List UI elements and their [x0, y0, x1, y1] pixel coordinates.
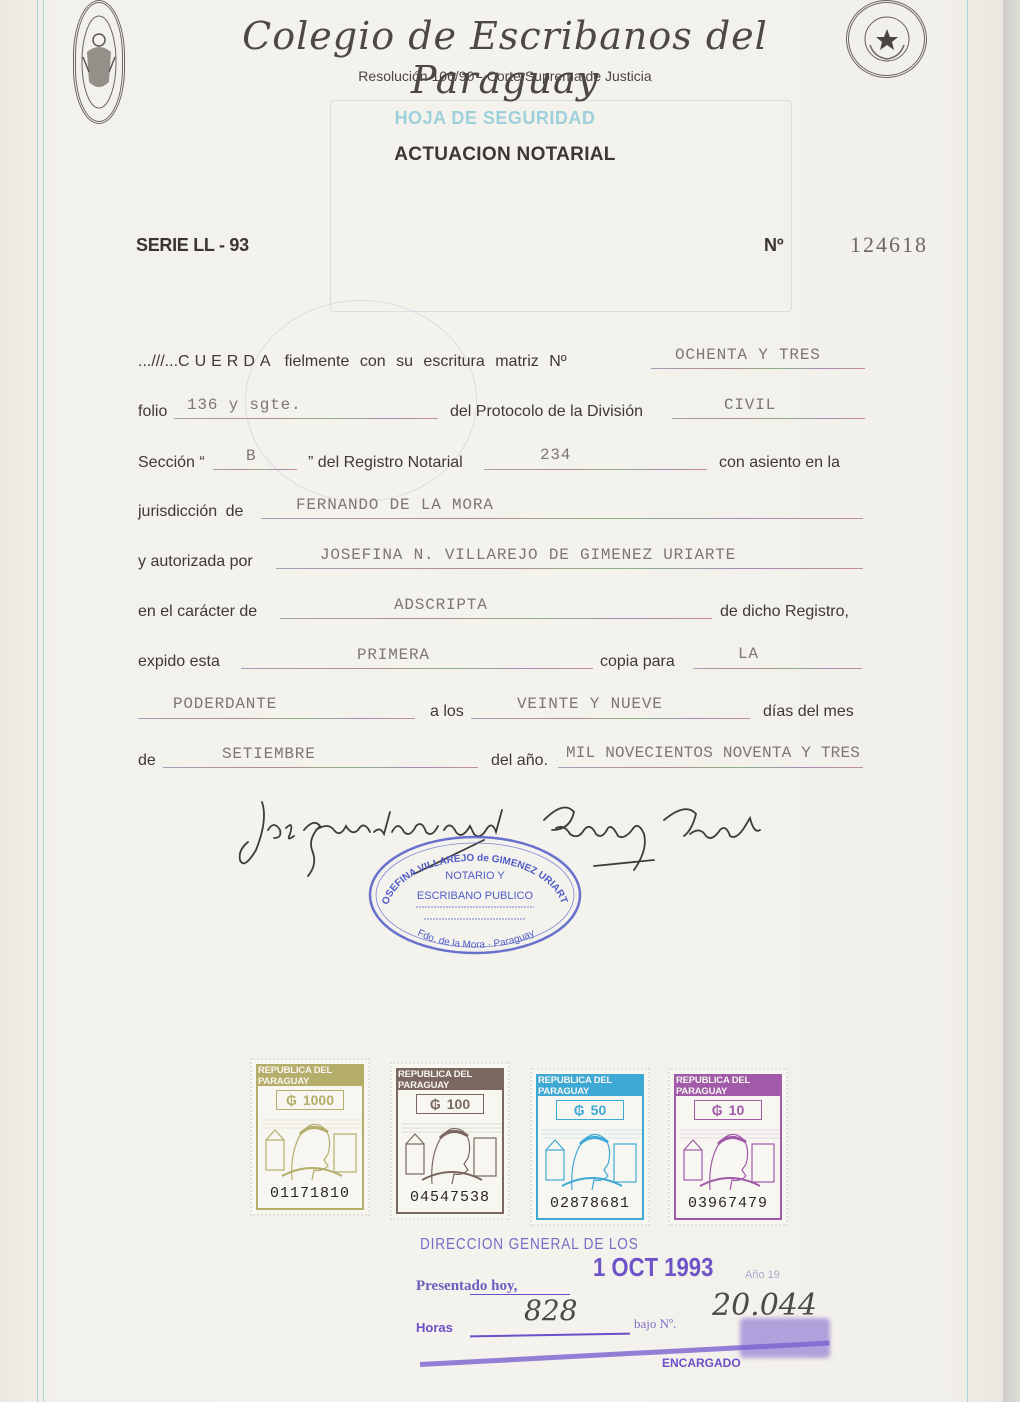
stamp-denomination: ₲50 [556, 1100, 624, 1120]
margin-line-left-outer [37, 0, 38, 1402]
underline [280, 618, 712, 619]
copia-number-value: PRIMERA [357, 646, 430, 664]
underline [484, 469, 707, 470]
stamp-country: REPUBLICA DEL PARAGUAY [676, 1075, 780, 1097]
guarani-icon: ₲ [712, 1102, 723, 1118]
underline [241, 668, 593, 669]
day-value: VEINTE Y NUEVE [517, 695, 663, 713]
bajo-label: bajo Nº. [634, 1316, 676, 1332]
background-faint-stamp [330, 100, 792, 312]
stamp-country: REPUBLICA DEL PARAGUAY [538, 1075, 642, 1097]
registro-suffix-label: de dicho Registro, [720, 603, 849, 621]
sheet-number: 124618 [850, 232, 928, 258]
division-value: CIVIL [724, 396, 776, 414]
stamp-portrait-icon [680, 1120, 780, 1190]
underline [693, 668, 862, 669]
recipient-value: PODERDANTE [173, 695, 277, 713]
stamp-value: 10 [729, 1102, 745, 1118]
a-los-label: a los [430, 703, 464, 721]
republica-seal-icon [846, 0, 927, 78]
line1-text: fielmente con su escritura matriz Nº [284, 353, 566, 370]
dias-del-mes-label: días del mes [763, 703, 854, 721]
month-value: SETIEMBRE [222, 745, 316, 763]
prefix-marks: ...///... [138, 353, 178, 370]
seccion-value: B [246, 447, 256, 465]
underline [651, 368, 865, 369]
copia-para-label: copia para [600, 653, 675, 671]
expido-label: expido esta [138, 653, 220, 671]
stamp-portrait-icon [402, 1114, 502, 1184]
cuerda-word: CUERDA [178, 353, 276, 370]
copia-para-value: LA [738, 645, 759, 663]
guarani-icon: ₲ [430, 1096, 441, 1112]
svg-text:NOTARIO Y: NOTARIO Y [445, 870, 505, 882]
resolution-subtitle: Resolución 106/90 - Corte Suprema de Jus… [200, 68, 810, 84]
presentado-label: Presentado hoy, [416, 1278, 517, 1295]
encargado-label: ENCARGADO [662, 1356, 741, 1370]
caracter-value: ADSCRIPTA [394, 596, 488, 614]
underline [261, 518, 863, 519]
stamp-denomination: ₲100 [416, 1094, 484, 1114]
document-type-heading: ACTUACION NOTARIAL [340, 144, 670, 166]
del-ano-label: del año. [491, 752, 548, 770]
registro-label: ” del Registro Notarial [308, 454, 463, 472]
stamp-portrait-icon [542, 1120, 642, 1190]
revenue-stamp: REPUBLICA DEL PARAGUAY₲10004547538 [390, 1062, 510, 1220]
stamp-value: 100 [447, 1096, 470, 1112]
form-line-1: ...///...CUERDA fielmente con su escritu… [138, 353, 567, 371]
escritura-number-value: OCHENTA Y TRES [675, 346, 821, 364]
registration-date: 1 OCT 1993 [593, 1252, 713, 1283]
protocolo-label: del Protocolo de la División [450, 403, 643, 421]
stamp-value: 50 [591, 1102, 607, 1118]
jurisdiccion-label: jurisdicción de [138, 503, 243, 521]
stamp-country: REPUBLICA DEL PARAGUAY [258, 1065, 362, 1087]
stamp-serial-number: 03967479 [676, 1195, 780, 1212]
guarani-icon: ₲ [574, 1102, 585, 1118]
underline [558, 767, 863, 768]
stamp-value: 1000 [303, 1092, 334, 1108]
underline [163, 767, 478, 768]
jurisdiccion-value: FERNANDO DE LA MORA [296, 496, 494, 514]
security-sheet-label: HOJA DE SEGURIDAD [340, 108, 650, 129]
page-edge [1003, 0, 1020, 1402]
seccion-label: Sección “ [138, 454, 205, 472]
notary-ink-stamp: JOSEFINA VILLAREJO de GIMENEZ URIARTE NO… [366, 833, 584, 957]
stamp-country: REPUBLICA DEL PARAGUAY [398, 1069, 502, 1091]
stamp-denomination: ₲1000 [276, 1090, 344, 1110]
asiento-label: con asiento en la [719, 454, 840, 472]
margin-line-right-inner [967, 0, 968, 1402]
margin-line-left-inner [43, 0, 44, 1402]
year-value: MIL NOVECIENTOS NOVENTA Y TRES [566, 744, 860, 762]
stamp-portrait-icon [262, 1110, 362, 1180]
underline [471, 718, 750, 719]
caracter-label: en el carácter de [138, 603, 257, 621]
svg-text:ESCRIBANO PUBLICO: ESCRIBANO PUBLICO [417, 890, 534, 902]
revenue-stamp: REPUBLICA DEL PARAGUAY₲1003967479 [668, 1068, 788, 1226]
folio-label: folio [138, 403, 167, 421]
guarani-icon: ₲ [286, 1092, 297, 1108]
underline [276, 568, 863, 569]
underline [174, 418, 438, 419]
stamp-serial-number: 02878681 [538, 1195, 642, 1212]
institution-title: Colegio de Escribanos del Paraguay [200, 14, 810, 102]
revenue-stamp: REPUBLICA DEL PARAGUAY₲5002878681 [530, 1068, 650, 1226]
number-label: Nº [764, 235, 784, 256]
de-label: de [138, 752, 156, 770]
folio-value: 136 y sgte. [187, 396, 301, 414]
underline [138, 718, 415, 719]
horas-label: Horas [416, 1320, 453, 1335]
serie-label: SERIE LL - 93 [136, 235, 249, 256]
ano-label: Año 19 [745, 1269, 780, 1281]
colegio-seal-icon [73, 0, 125, 124]
purple-ink-blot [740, 1318, 830, 1358]
stamp-denomination: ₲10 [694, 1100, 762, 1120]
registro-value: 234 [540, 446, 571, 464]
notary-name-value: JOSEFINA N. VILLAREJO DE GIMENEZ URIARTE [320, 546, 736, 564]
revenue-stamp: REPUBLICA DEL PARAGUAY₲100001171810 [250, 1058, 370, 1216]
underline [672, 418, 865, 419]
underline [213, 469, 297, 470]
stamp-serial-number: 01171810 [258, 1185, 362, 1202]
handwritten-hours: 828 [524, 1294, 577, 1327]
autorizada-label: y autorizada por [138, 553, 253, 571]
stamp-serial-number: 04547538 [398, 1189, 502, 1206]
